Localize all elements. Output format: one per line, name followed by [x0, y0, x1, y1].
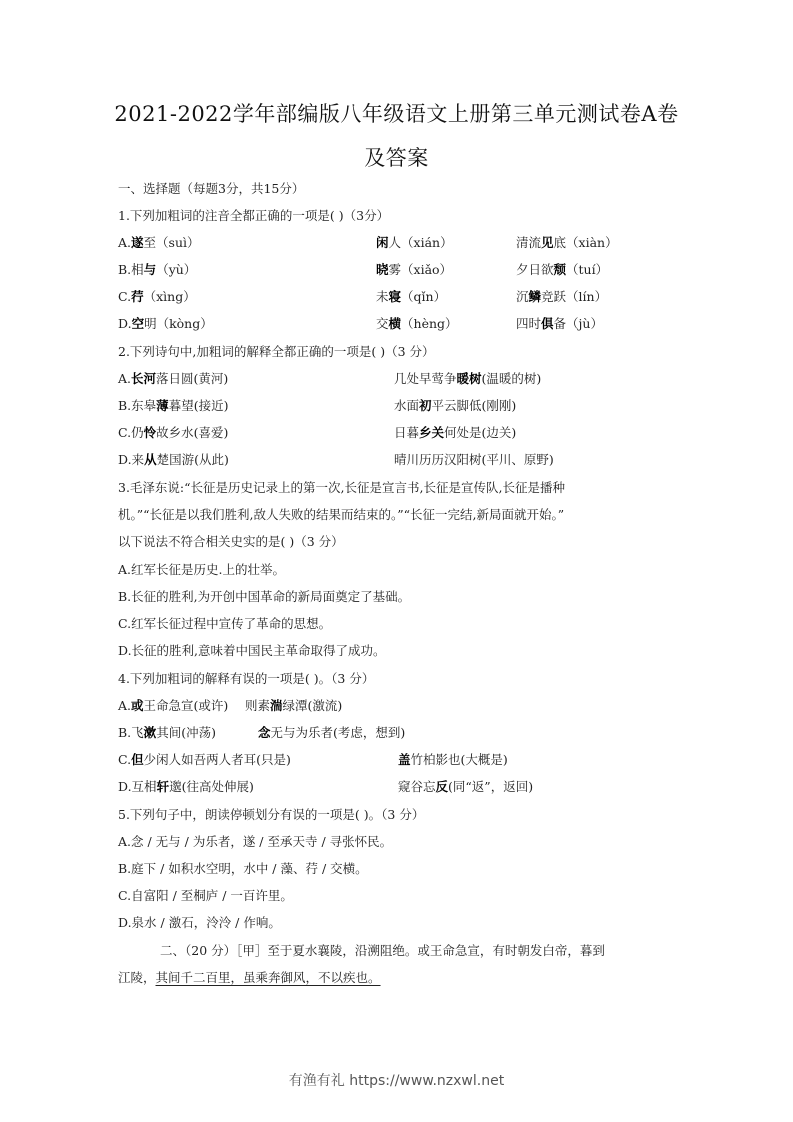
q4-option-row: C.但少闲人如吾两人者耳(只是) 盖竹柏影也(大概是) — [118, 751, 291, 769]
text: A. — [118, 371, 131, 386]
question-3-stem-line: 3.毛泽东说:“长征是历史记录上的第一次,长征是宣言书,长征是宣传队,长征是播种 — [118, 479, 565, 497]
text: 明（kòng） — [144, 316, 213, 331]
text: B.相 — [118, 262, 144, 277]
q4-option-row: A.或王命急宣(或许) 则素湍绿潭(激流) — [118, 697, 228, 715]
watermark-footer: 有渔有礼 https://www.nzxwl.net — [0, 1070, 793, 1090]
question-3-stem-line: 机。”“长征是以我们胜利,敌人失败的结果而结束的。”“长征一完结,新局面就开始。… — [118, 506, 564, 524]
text: 平云脚低(刚刚) — [432, 398, 517, 413]
bold-term: 颓 — [554, 262, 567, 277]
bold-term: 鳞 — [529, 289, 542, 304]
column-2: 日暮乡关何处是(边关) — [394, 424, 516, 442]
question-5-stem: 5.下列句子中，朗读停顿划分有误的一项是( )。（3 分） — [118, 806, 424, 824]
text: 底（xiàn） — [554, 235, 618, 250]
text: C. — [118, 289, 131, 304]
question-4-stem: 4.下列加粗词的解释有误的一项是( )。（3 分） — [118, 670, 374, 688]
column-3: 沉鳞竞跃（lín） — [516, 288, 607, 306]
text: 落日圆(黄河) — [156, 371, 228, 386]
bold-term: 轩 — [157, 779, 170, 794]
text: 清流 — [516, 235, 541, 250]
text: 窥谷忘 — [398, 779, 436, 794]
text: 夕日欲 — [516, 262, 554, 277]
text: （qǐn） — [401, 289, 446, 304]
section-2-passage-line: 二、（20 分）［甲］至于夏水襄陵，沿溯阻绝。或王命急宣，有时朝发白帝，暮到 — [160, 942, 605, 960]
text: 未 — [376, 289, 389, 304]
bold-term: 或 — [131, 698, 144, 713]
q4-option-row: D.互相轩邈(往高处伸展) 窥谷忘反(同“返”，返回) — [118, 778, 254, 796]
text: C. — [118, 752, 131, 767]
q1-option-row: A.遂至（suì） 闲人（xián） 清流见底（xiàn） — [118, 234, 200, 252]
q5-option: A.念 / 无与 / 为乐者，遂 / 至承天寺 / 寻张怀民。 — [118, 833, 392, 851]
bold-term: 闲 — [376, 235, 389, 250]
q1-option-row: C.荇（xìng） 未寝（qǐn） 沉鳞竞跃（lín） — [118, 288, 196, 306]
q2-option-row: D.来从楚国游(从此) 晴川历历汉阳树(平川、原野) — [118, 451, 229, 469]
bold-term: 乡关 — [419, 425, 444, 440]
question-1-stem: 1.下列加粗词的注音全都正确的一项是( )（3分） — [118, 207, 389, 225]
q4-option-row: B.飞漱其间(冲荡) 念无与为乐者(考虑，想到) — [118, 724, 216, 742]
bold-term: 漱 — [144, 725, 157, 740]
text: 日暮 — [394, 425, 419, 440]
text: 绿潭(激流) — [283, 698, 343, 713]
text: （xìng） — [144, 289, 196, 304]
column-2: 交横（hèng） — [376, 315, 458, 333]
text: 雾（xiǎo） — [389, 262, 453, 277]
bold-term: 与 — [144, 262, 157, 277]
bold-term: 薄 — [156, 398, 169, 413]
text: (同“返”，返回) — [448, 779, 533, 794]
q5-option: D.泉水 / 激石，泠泠 / 作响。 — [118, 914, 281, 932]
q2-option-row: B.东皋薄暮望(接近) 水面初平云脚低(刚刚) — [118, 397, 228, 415]
column-3: 清流见底（xiàn） — [516, 234, 618, 252]
text: B.东皋 — [118, 398, 156, 413]
text: （yù） — [156, 262, 196, 277]
text: D.互相 — [118, 779, 157, 794]
column-2: 水面初平云脚低(刚刚) — [394, 397, 516, 415]
column-3: 四时俱备（jù） — [516, 315, 603, 333]
text: 邈(往高处伸展) — [169, 779, 254, 794]
text: 其间(冲荡) — [156, 725, 216, 740]
q3-option: B.长征的胜利,为开创中国革命的新局面奠定了基础。 — [118, 588, 410, 606]
page-title-continued: 及答案 — [0, 142, 793, 172]
text: 人（xián） — [389, 235, 453, 250]
bold-term: 暖树 — [457, 371, 482, 386]
text: （tuí） — [566, 262, 608, 277]
q3-option: D.长征的胜利,意味着中国民主革命取得了成功。 — [118, 642, 386, 660]
text: 水面 — [394, 398, 419, 413]
text: 王命急宣(或许) — [144, 698, 229, 713]
text: 江陵， — [118, 970, 156, 985]
q2-option-row: C.仍怜故乡水(喜爱) 日暮乡关何处是(边关) — [118, 424, 228, 442]
q1-option-row: B.相与（yù） 晓雾（xiǎo） 夕日欲颓（tuí） — [118, 261, 196, 279]
bold-term: 空 — [132, 316, 145, 331]
q5-option: C.自富阳 / 至桐庐 / 一百许里。 — [118, 887, 293, 905]
bold-term: 横 — [389, 316, 402, 331]
text: 交 — [376, 316, 389, 331]
text: 四时 — [516, 316, 541, 331]
q3-option: C.红军长征过程中宣传了革命的思想。 — [118, 615, 331, 633]
bold-term: 初 — [419, 398, 432, 413]
q1-option-row: D.空明（kòng） 交横（hèng） 四时俱备（jù） — [118, 315, 213, 333]
text: 竞跃（lín） — [541, 289, 607, 304]
text: 无与为乐者(考虑，想到) — [271, 725, 406, 740]
bold-term: 但 — [131, 752, 144, 767]
bold-term: 遂 — [131, 235, 144, 250]
text: 暮望(接近) — [169, 398, 229, 413]
column-2: 几处早莺争暖树(温暖的树) — [394, 370, 541, 388]
text: 竹柏影也(大概是) — [411, 752, 508, 767]
text: （hèng） — [401, 316, 458, 331]
column-2: 窥谷忘反(同“返”，返回) — [398, 778, 533, 796]
bold-term: 从 — [144, 452, 157, 467]
text: 则素 — [245, 698, 270, 713]
bold-term: 怜 — [144, 425, 157, 440]
text: 几处早莺争 — [394, 371, 457, 386]
bold-term: 俱 — [541, 316, 554, 331]
column-2: 念无与为乐者(考虑，想到) — [258, 724, 405, 742]
bold-term: 寝 — [389, 289, 402, 304]
bold-term: 反 — [436, 779, 449, 794]
text: C.仍 — [118, 425, 144, 440]
bold-term: 念 — [258, 725, 271, 740]
text: 楚国游(从此) — [157, 452, 229, 467]
text: 晴川历历汉阳树(平川、原野) — [394, 452, 554, 467]
column-2: 盖竹柏影也(大概是) — [398, 751, 508, 769]
text: (温暖的树) — [482, 371, 542, 386]
text: 何处是(边关) — [444, 425, 516, 440]
text: A. — [118, 698, 131, 713]
bold-term: 长河 — [131, 371, 156, 386]
text: A. — [118, 235, 131, 250]
column-2: 晴川历历汉阳树(平川、原野) — [394, 451, 554, 469]
text: 少闲人如吾两人者耳(只是) — [144, 752, 291, 767]
column-2: 晓雾（xiǎo） — [376, 261, 452, 279]
section-2-passage-line: 江陵，其间千二百里，虽乘奔御风，不以疾也。 — [118, 969, 381, 987]
bold-term: 盖 — [398, 752, 411, 767]
bold-term: 荇 — [131, 289, 144, 304]
bold-term: 湍 — [270, 698, 283, 713]
column-3: 夕日欲颓（tuí） — [516, 261, 608, 279]
column-2: 则素湍绿潭(激流) — [245, 697, 342, 715]
column-2: 闲人（xián） — [376, 234, 453, 252]
question-3-stem-line: 以下说法不符合相关史实的是( )（3 分） — [118, 533, 344, 551]
bold-term: 晓 — [376, 262, 389, 277]
text: D.来 — [118, 452, 144, 467]
page-title: 2021-2022学年部编版八年级语文上册第三单元测试卷A卷 — [0, 98, 793, 128]
q2-option-row: A.长河落日圆(黄河) 几处早莺争暖树(温暖的树) — [118, 370, 228, 388]
underlined-sentence: 其间千二百里，虽乘奔御风，不以疾也。 — [156, 970, 381, 985]
text: D. — [118, 316, 132, 331]
question-2-stem: 2.下列诗句中,加粗词的解释全都正确的一项是( )（3 分） — [118, 343, 435, 361]
q3-option: A.红军长征是历史.上的壮举。 — [118, 561, 285, 579]
column-2: 未寝（qǐn） — [376, 288, 446, 306]
text: B.飞 — [118, 725, 144, 740]
text: 沉 — [516, 289, 529, 304]
bold-term: 见 — [541, 235, 554, 250]
text: 至（suì） — [144, 235, 200, 250]
text: 故乡水(喜爱) — [156, 425, 228, 440]
text: 备（jù） — [554, 316, 603, 331]
section-1-heading: 一、选择题（每题3分，共15分） — [118, 180, 304, 198]
q5-option: B.庭下 / 如积水空明，水中 / 藻、荇 / 交横。 — [118, 860, 368, 878]
